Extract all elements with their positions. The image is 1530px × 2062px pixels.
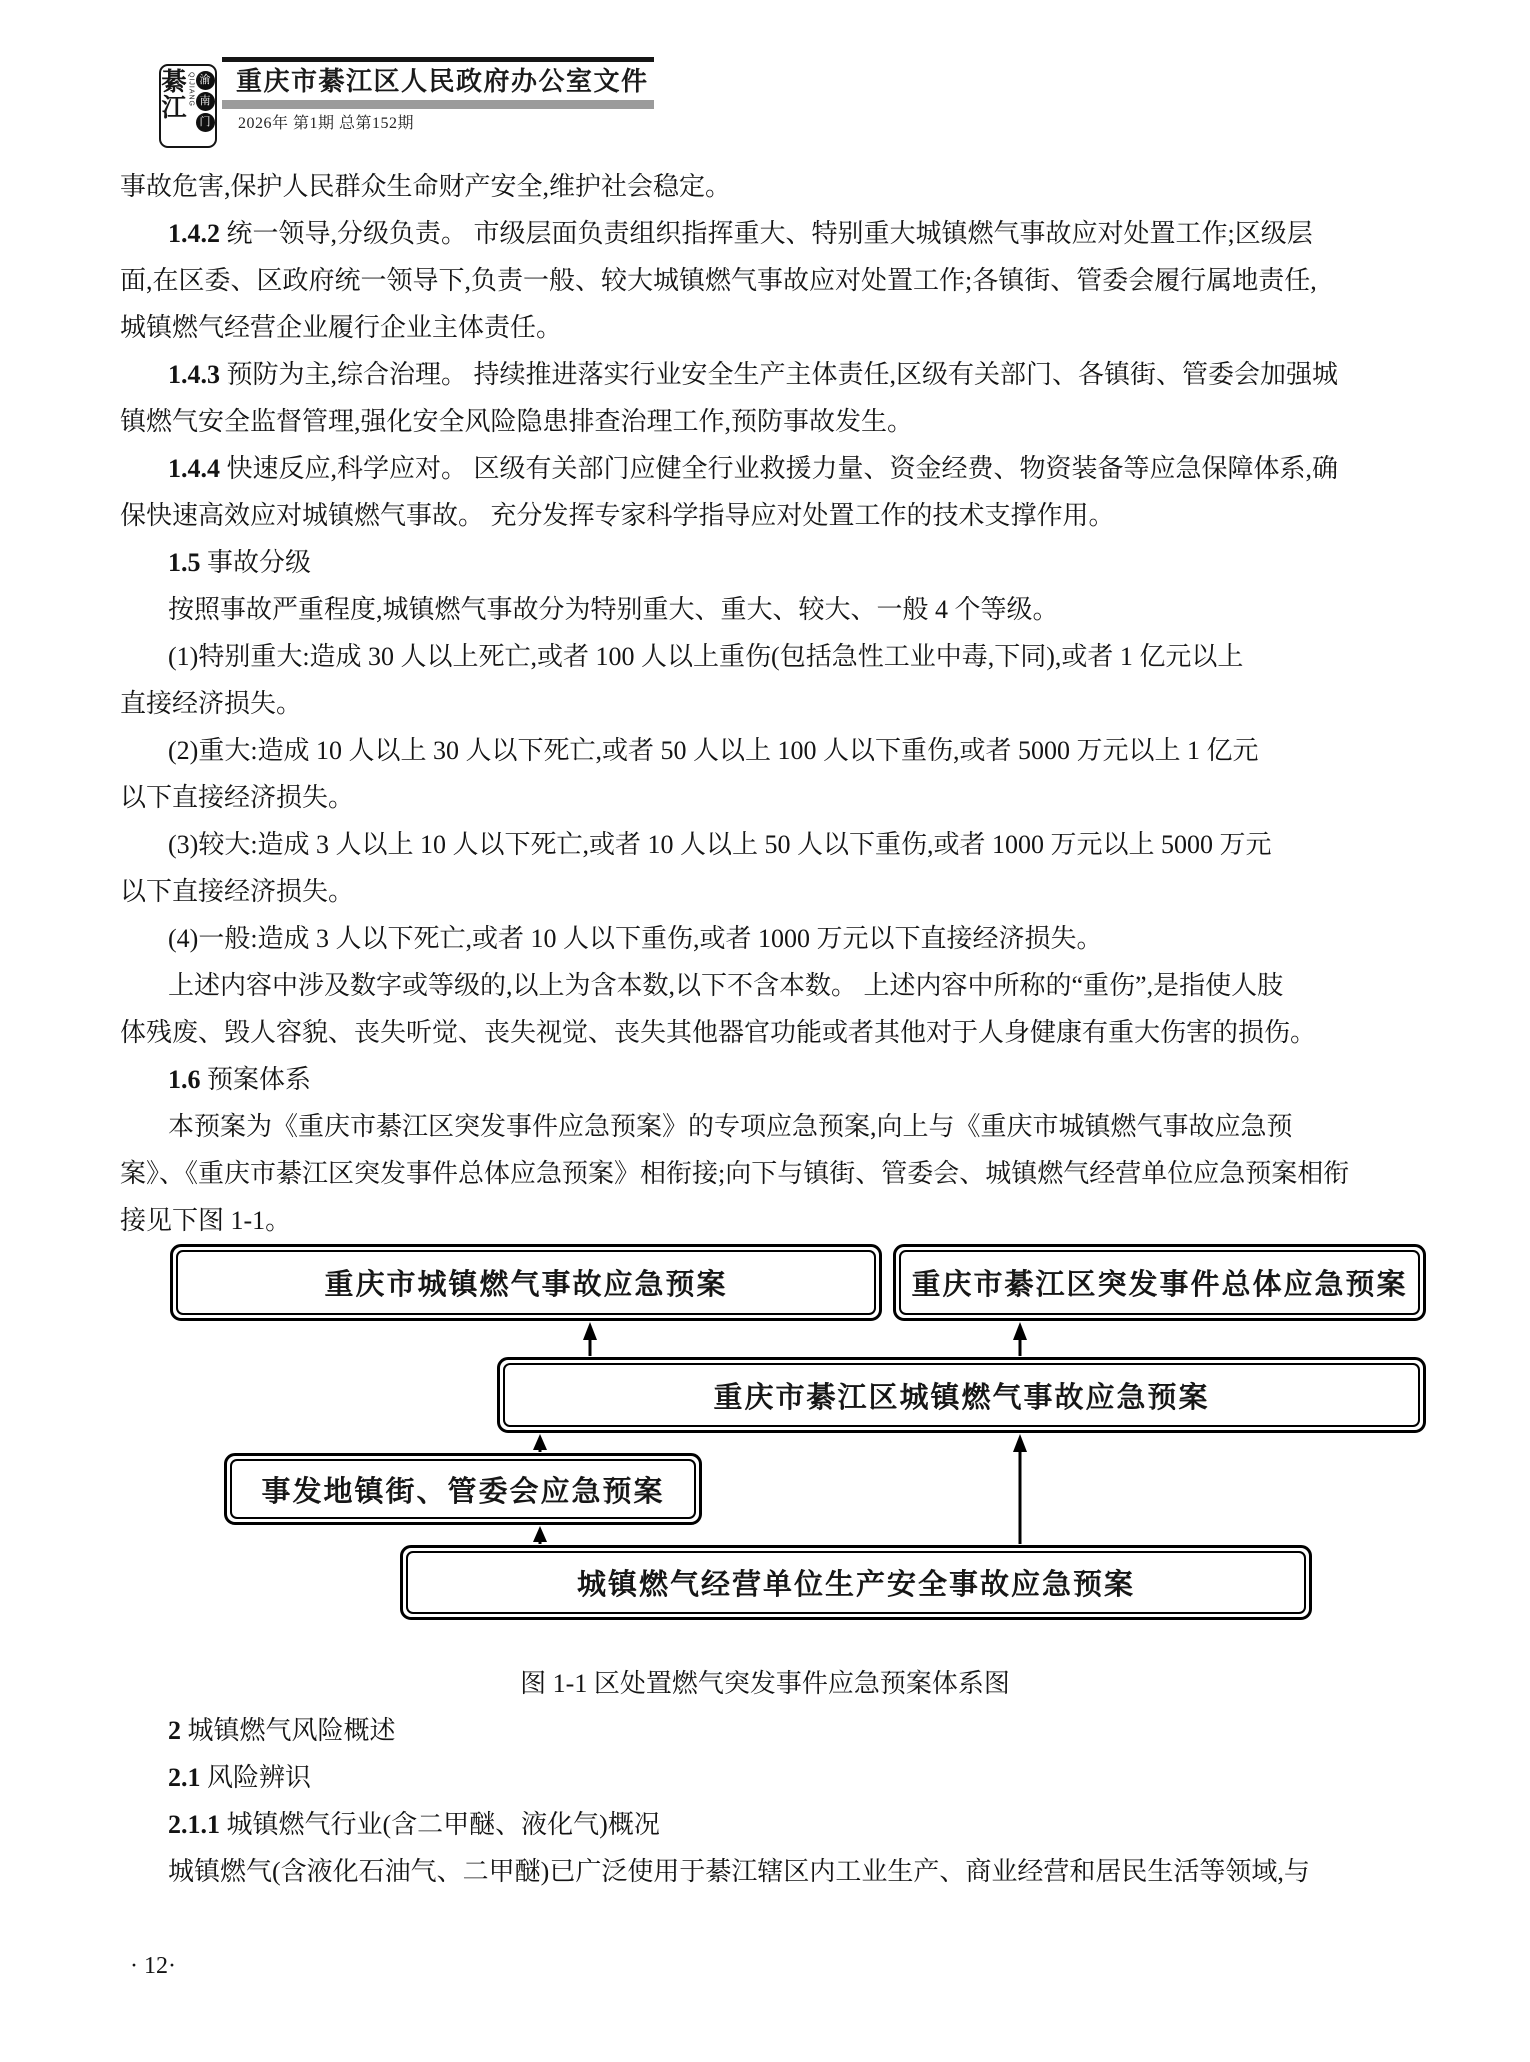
header-gray-bar [222, 100, 654, 109]
plan-box-district-overall: 重庆市綦江区突发事件总体应急预案 [893, 1244, 1426, 1321]
issue-info: 2026年 第1期 总第152期 [238, 113, 414, 135]
body-line: 直接经济损失。 [120, 680, 1416, 727]
body-line: 本预案为《重庆市綦江区突发事件应急预案》的专项应急预案,向上与《重庆市城镇燃气事… [120, 1103, 1416, 1150]
qijiang-logo: 綦 江 QIJIANG 渝 南 门 [159, 64, 217, 148]
body-line: (4)一般:造成 3 人以下死亡,或者 10 人以下重伤,或者 1000 万元以… [120, 915, 1416, 962]
flow-arrowhead [533, 1434, 547, 1450]
plan-box-label: 事发地镇街、管委会应急预案 [230, 1459, 696, 1519]
logo-seals: 渝 南 门 [196, 71, 215, 132]
section-heading: 1.6 预案体系 [120, 1056, 1416, 1103]
body-line: 1.4.4 快速反应,科学应对。 区级有关部门应健全行业救援力量、资金经费、物资… [120, 445, 1416, 492]
body-line: 1.4.2 统一领导,分级负责。 市级层面负责组织指挥重大、特别重大城镇燃气事故… [120, 210, 1416, 257]
plan-box-town-street: 事发地镇街、管委会应急预案 [224, 1453, 702, 1525]
plan-box-city-gas: 重庆市城镇燃气事故应急预案 [170, 1244, 882, 1321]
section-heading: 1.5 事故分级 [120, 539, 1416, 586]
body-line: (1)特别重大:造成 30 人以上死亡,或者 100 人以上重伤(包括急性工业中… [120, 633, 1416, 680]
body-line: 城镇燃气(含液化石油气、二甲醚)已广泛使用于綦江辖区内工业生产、商业经营和居民生… [120, 1848, 1416, 1895]
body-line: 案》、《重庆市綦江区突发事件总体应急预案》相衔接;向下与镇街、管委会、城镇燃气经… [120, 1150, 1416, 1197]
body-line: 上述内容中涉及数字或等级的,以上为含本数,以下不含本数。 上述内容中所称的“重伤… [120, 962, 1416, 1009]
flow-arrowhead [1013, 1434, 1027, 1452]
plan-box-label: 重庆市綦江区城镇燃气事故应急预案 [503, 1363, 1420, 1427]
body-line: (2)重大:造成 10 人以上 30 人以下死亡,或者 50 人以上 100 人… [120, 727, 1416, 774]
plan-box-label: 重庆市綦江区突发事件总体应急预案 [899, 1250, 1420, 1315]
body-line: 以下直接经济损失。 [120, 868, 1416, 915]
body-line: 事故危害,保护人民群众生命财产安全,维护社会稳定。 [120, 163, 1416, 210]
section-heading: 2 城镇燃气风险概述 [120, 1707, 1416, 1754]
section-heading: 2.1 风险辨识 [120, 1754, 1416, 1801]
body-line: 按照事故严重程度,城镇燃气事故分为特别重大、重大、较大、一般 4 个等级。 [120, 586, 1416, 633]
logo-char-bottom: 江 [161, 96, 186, 122]
body-line: 1.4.3 预防为主,综合治理。 持续推进落实行业安全生产主体责任,区级有关部门… [120, 351, 1416, 398]
body-text-block-2: 2 城镇燃气风险概述 2.1 风险辨识 2.1.1 城镇燃气行业(含二甲醚、液化… [120, 1707, 1416, 1895]
figure-caption: 图 1-1 区处置燃气突发事件应急预案体系图 [0, 1660, 1530, 1707]
plan-box-enterprise: 城镇燃气经营单位生产安全事故应急预案 [400, 1545, 1312, 1620]
header-top-rule [222, 57, 654, 62]
flow-arrowhead [1013, 1322, 1027, 1340]
page-number: · 12· [130, 1946, 176, 1986]
body-line: 面,在区委、区政府统一领导下,负责一般、较大城镇燃气事故应对处置工作;各镇街、管… [120, 257, 1416, 304]
seal-icon: 门 [196, 113, 215, 132]
body-line: 体残废、毁人容貌、丧失听觉、丧失视觉、丧失其他器官功能或者其他对于人身健康有重大… [120, 1009, 1416, 1056]
body-line: 接见下图 1-1。 [120, 1197, 1416, 1244]
body-line: 城镇燃气经营企业履行企业主体责任。 [120, 304, 1416, 351]
body-text-block-1: 事故危害,保护人民群众生命财产安全,维护社会稳定。 1.4.2 统一领导,分级负… [120, 163, 1416, 1244]
logo-char-top: 綦 [161, 70, 186, 96]
flow-arrowhead [533, 1526, 547, 1542]
seal-icon: 渝 [196, 71, 215, 90]
flow-arrowhead [583, 1322, 597, 1340]
body-line: (3)较大:造成 3 人以上 10 人以下死亡,或者 10 人以上 50 人以下… [120, 821, 1416, 868]
plan-box-label: 重庆市城镇燃气事故应急预案 [176, 1250, 876, 1315]
document-header-title: 重庆市綦江区人民政府办公室文件 [236, 64, 666, 100]
logo-romanization: QIJIANG [188, 72, 195, 130]
body-line: 镇燃气安全监督管理,强化安全风险隐患排查治理工作,预防事故发生。 [120, 398, 1416, 445]
plan-box-district-gas: 重庆市綦江区城镇燃气事故应急预案 [497, 1357, 1426, 1433]
logo-characters: 綦 江 [161, 70, 186, 122]
plan-box-label: 城镇燃气经营单位生产安全事故应急预案 [406, 1551, 1306, 1614]
seal-icon: 南 [196, 92, 215, 111]
body-line: 保快速高效应对城镇燃气事故。 充分发挥专家科学指导应对处置工作的技术支撑作用。 [120, 492, 1416, 539]
document-page: 綦 江 QIJIANG 渝 南 门 重庆市綦江区人民政府办公室文件 2026年 … [0, 0, 1530, 2062]
section-heading: 2.1.1 城镇燃气行业(含二甲醚、液化气)概况 [120, 1801, 1416, 1848]
body-line: 以下直接经济损失。 [120, 774, 1416, 821]
